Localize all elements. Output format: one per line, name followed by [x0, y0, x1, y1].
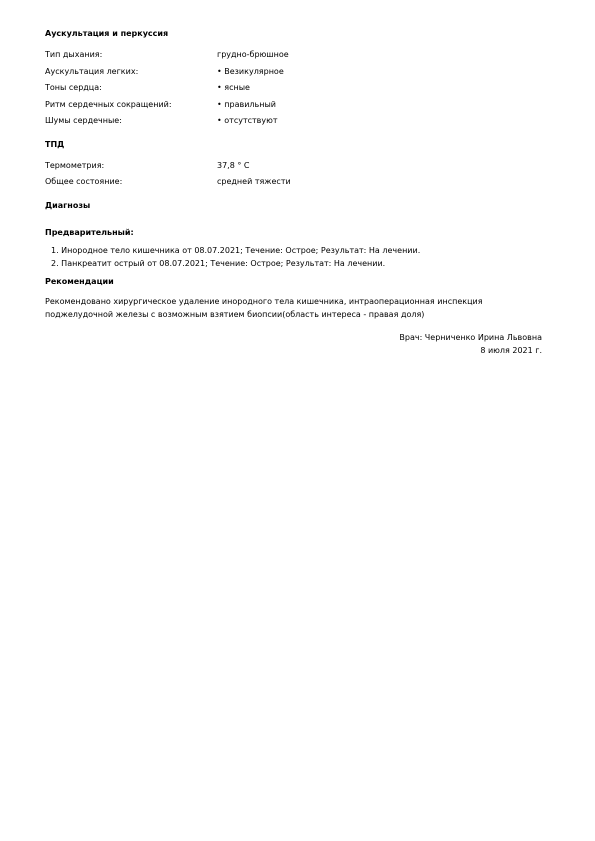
- field-row: Общее состояние: средней тяжести: [45, 177, 542, 189]
- recommendation-line: Рекомендовано хирургическое удаление ино…: [45, 296, 542, 309]
- field-label: Шумы сердечные:: [45, 116, 122, 125]
- field-value: средней тяжести: [217, 177, 291, 186]
- field-value: • ясные: [217, 83, 250, 92]
- field-label: Общее состояние:: [45, 177, 122, 186]
- field-value: • отсутствуют: [217, 116, 278, 125]
- preliminary-diagnosis-title: Предварительный:: [45, 228, 134, 237]
- section-title-auscultation: Аускультация и перкуссия: [45, 29, 168, 38]
- field-label: Тоны сердца:: [45, 83, 102, 92]
- diagnosis-item: 2. Панкреатит острый от 08.07.2021; Тече…: [51, 259, 385, 268]
- field-row: Аускультация легких: • Везикулярное: [45, 67, 542, 79]
- section-title-recommendations: Рекомендации: [45, 277, 114, 286]
- document-date: 8 июля 2021 г.: [480, 346, 542, 355]
- section-title-diagnoses: Диагнозы: [45, 201, 90, 210]
- field-row: Тоны сердца: • ясные: [45, 83, 542, 95]
- field-row: Шумы сердечные: • отсутствуют: [45, 116, 542, 128]
- diagnosis-item: 1. Инородное тело кишечника от 08.07.202…: [51, 246, 420, 255]
- section-title-tpd: ТПД: [45, 140, 64, 149]
- field-row: Термометрия: 37,8 ° С: [45, 161, 542, 173]
- field-value: грудно-брюшное: [217, 50, 289, 59]
- field-label: Аускультация легких:: [45, 67, 138, 76]
- recommendation-line: поджелудочной железы с возможным взятием…: [45, 309, 542, 322]
- field-value: • правильный: [217, 100, 276, 109]
- field-label: Ритм сердечных сокращений:: [45, 100, 172, 109]
- field-value: 37,8 ° С: [217, 161, 249, 170]
- doctor-signature: Врач: Черниченко Ирина Львовна: [399, 333, 542, 342]
- field-label: Тип дыхания:: [45, 50, 102, 59]
- field-label: Термометрия:: [45, 161, 104, 170]
- field-row: Ритм сердечных сокращений: • правильный: [45, 100, 542, 112]
- field-row: Тип дыхания: грудно-брюшное: [45, 50, 542, 62]
- recommendation-text: Рекомендовано хирургическое удаление ино…: [45, 296, 542, 321]
- field-value: • Везикулярное: [217, 67, 284, 76]
